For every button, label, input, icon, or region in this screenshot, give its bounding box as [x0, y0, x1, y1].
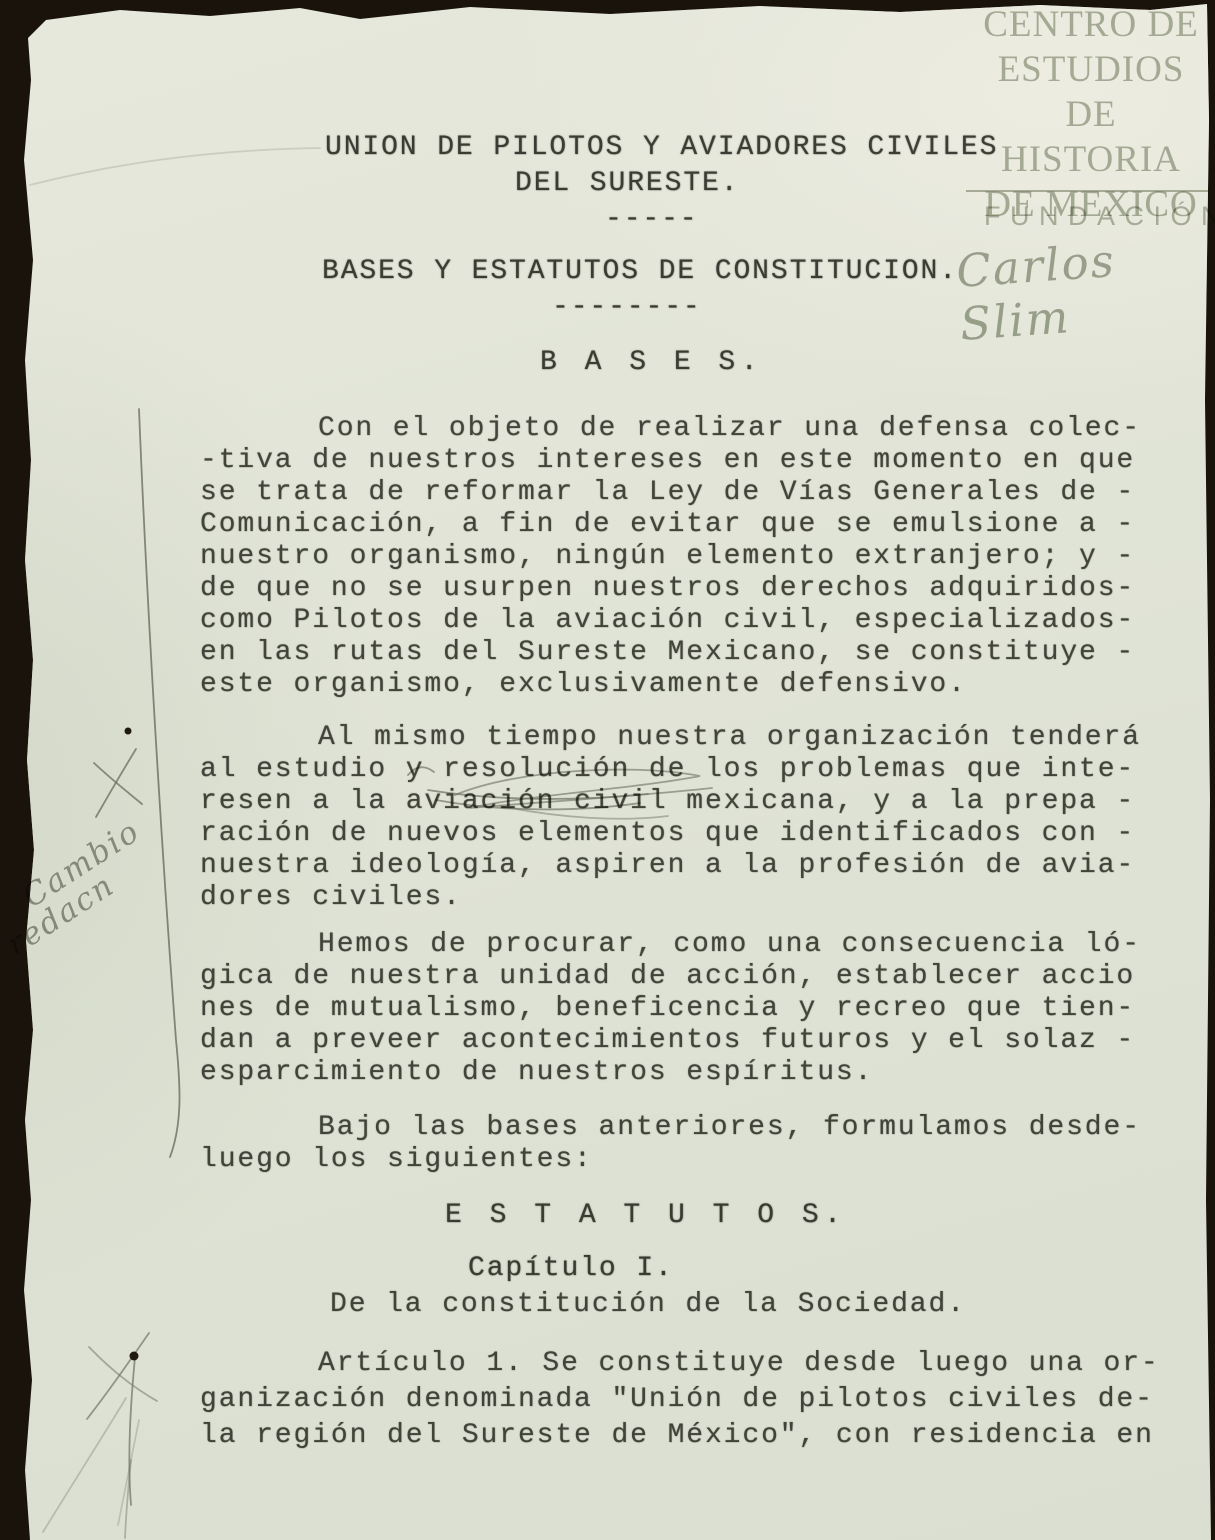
- pencil-scribble-loop: [455, 770, 712, 808]
- pencil-x-mark-top: [94, 763, 142, 804]
- pencil-annotations-layer: [0, 0, 1215, 1540]
- pencil-x-mark-bottom: [89, 1347, 157, 1401]
- pencil-faint-diagonal: [118, 1420, 139, 1525]
- paper-puncture-dot: [125, 728, 132, 735]
- paper-puncture-dot: [130, 1352, 139, 1361]
- pencil-underline: [436, 800, 640, 809]
- pencil-margin-vertical-line: [139, 409, 180, 1157]
- pencil-scribble-tilde: [408, 767, 434, 775]
- pencil-x-mark-bottom: [87, 1333, 149, 1419]
- paper-crease-line: [30, 148, 320, 185]
- pencil-faint-diagonal: [43, 1398, 126, 1532]
- pencil-vertical-stroke-bottom: [129, 1357, 135, 1505]
